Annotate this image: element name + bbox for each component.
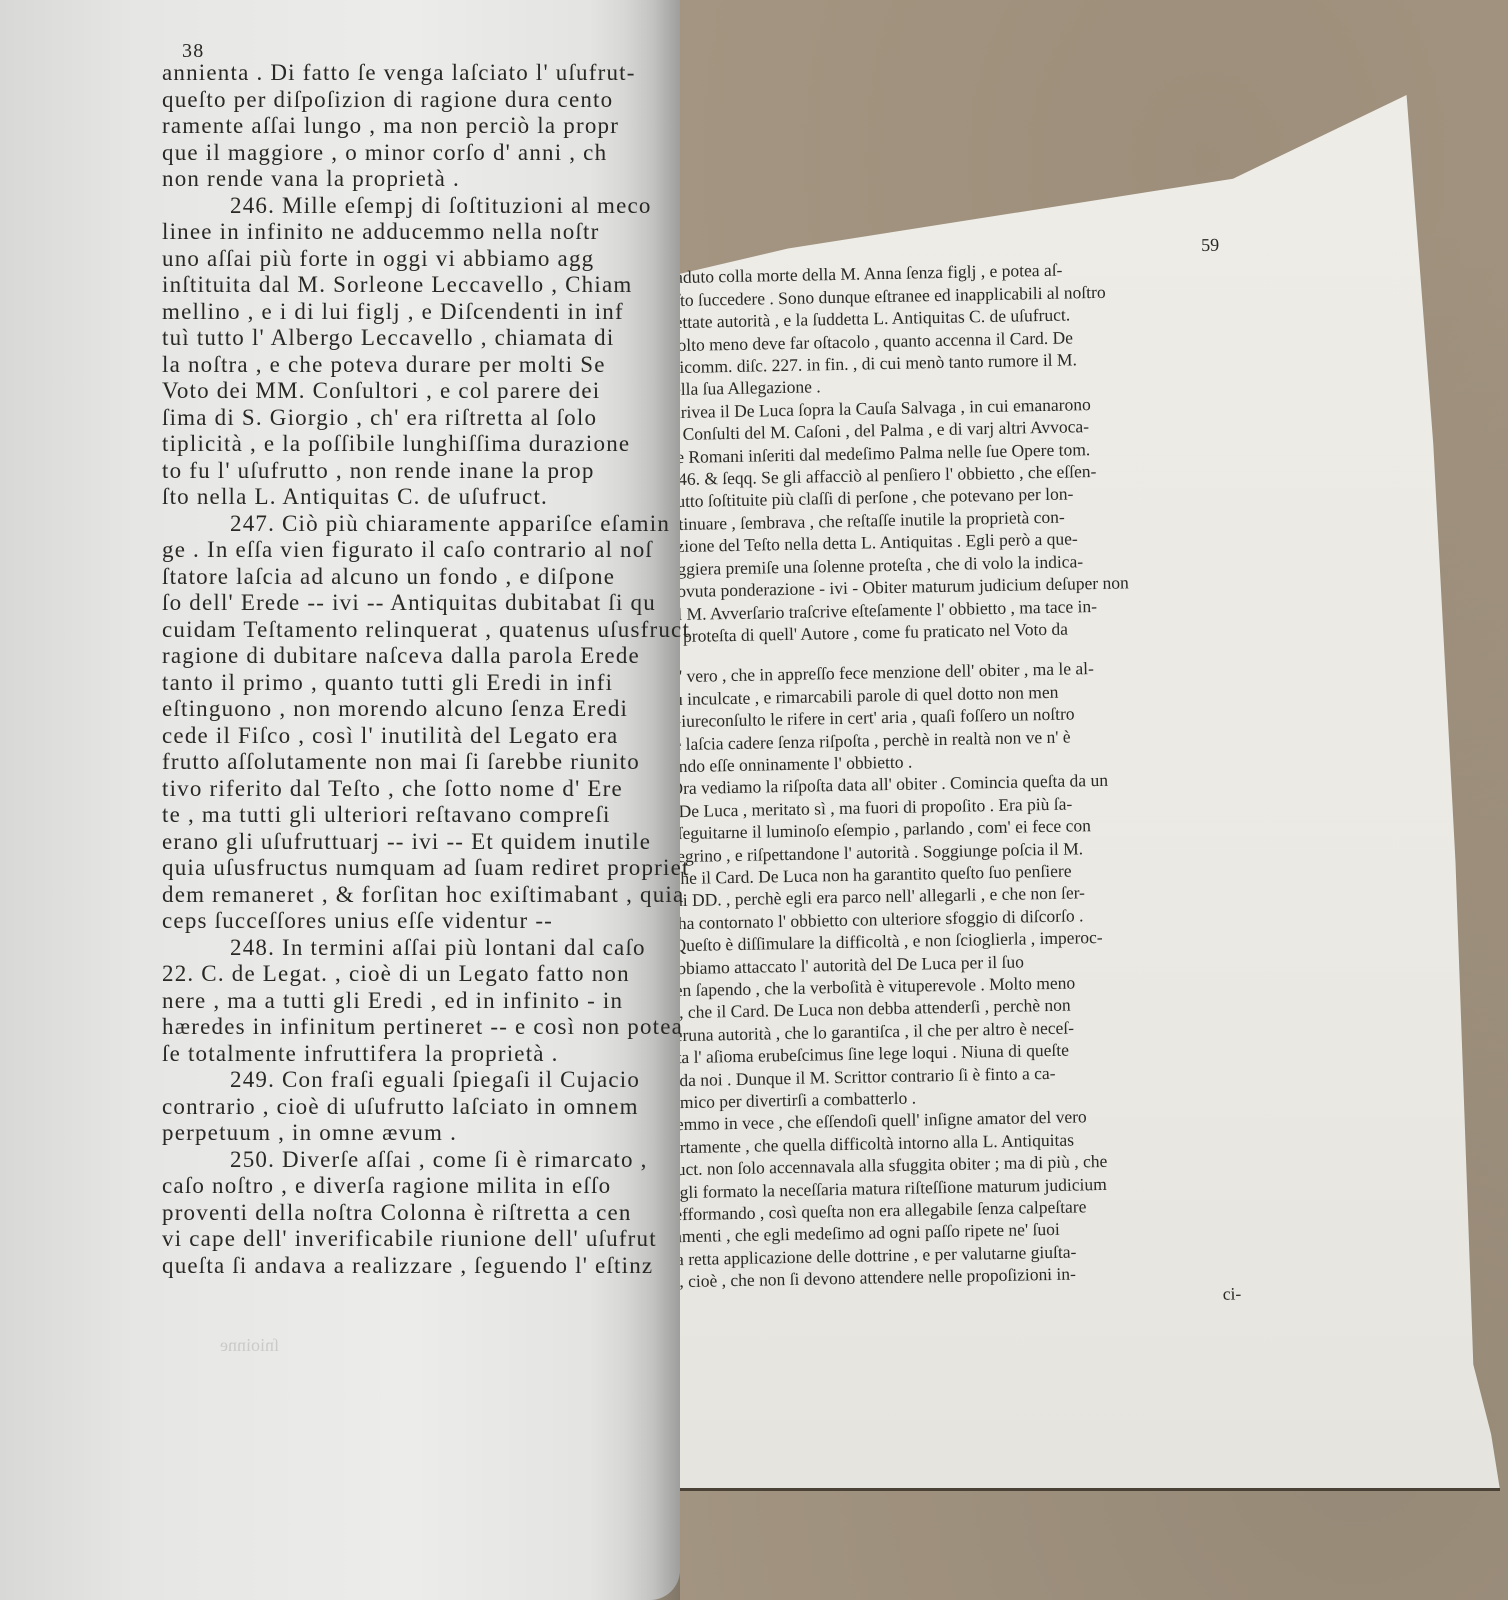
text-line: ceps ſucceſſores unius eſſe videntur -- [162,908,632,935]
text-line: erano gli uſufruttuarj -- ivi -- Et quid… [162,829,632,856]
text-line: mellino , e i di lui figlj , e Diſcenden… [162,299,632,326]
text-line: inſtituita dal M. Sorleone Leccavello , … [162,272,632,299]
text-line: ſima di S. Giorgio , ch' era riſtretta a… [162,405,632,432]
text-line: 250. Diverſe aſſai , come ſi è rimarcato… [162,1147,632,1174]
text-line: cede il Fiſco , così l' inutilità del Le… [162,723,632,750]
text-line: eſtinguono , non morendo alcuno ſenza Er… [162,696,632,723]
text-line: la noſtra , e che poteva durare per molt… [162,352,632,379]
text-line: ſe totalmente infruttifera la proprietà … [162,1041,632,1068]
text-line: tivo riferito dal Teſto , che ſotto nome… [162,776,632,803]
text-line: te , ma tutti gli ulteriori reſtavano co… [162,802,632,829]
text-line: frutto aſſolutamente non mai ſi ſarebbe … [162,749,632,776]
text-line: quia uſusfructus numquam ad ſuam rediret… [162,855,632,882]
text-line: nere , ma a tutti gli Eredi , ed in infi… [162,988,632,1015]
text-line: queſto per diſpoſizion di ragione dura c… [162,87,632,114]
text-line: proventi della noſtra Colonna è riſtrett… [162,1200,632,1227]
page-number-left: 38 [162,38,632,60]
text-line: ramente aſſai lungo , ma non perciò la p… [162,113,632,140]
text-line: queſta ſi andava a realizzare , ſeguendo… [162,1253,632,1280]
text-line: 249. Con fraſi eguali ſpiegaſi il Cujaci… [162,1067,632,1094]
right-page-bottom-edge [610,1488,1500,1491]
left-page-text: 38 annienta . Di fatto ſe venga laſciato… [162,38,632,1279]
text-line: Voto dei MM. Conſultori , e col parere d… [162,378,632,405]
text-line: ge . In eſſa vien figurato il caſo contr… [162,537,632,564]
text-line: 22. C. de Legat. , cioè di un Legato fat… [162,961,632,988]
text-line: uno aſſai più forte in oggi vi abbiamo a… [162,246,632,273]
text-line: cuidam Teſtamento relinquerat , quatenus… [162,617,632,644]
text-line: ſo dell' Erede -- ivi -- Antiquitas dubi… [162,590,632,617]
text-line: ſto nella L. Antiquitas C. de uſufruct. [162,484,632,511]
text-line: caſo noſtro , e diverſa ragione milita i… [162,1173,632,1200]
text-line: dem remaneret , & forſitan hoc exiſtimab… [162,882,632,909]
text-line: vi cape dell' inverificabile riunione de… [162,1226,632,1253]
text-line: ſtatore laſcia ad alcuno un fondo , e di… [162,564,632,591]
text-line: 247. Ciò più chiaramente appariſce eſami… [162,511,632,538]
text-line: tiplicità , e la poſſibile lunghiſſima d… [162,431,632,458]
text-line: que il maggiore , o minor corſo d' anni … [162,140,632,167]
text-line: tuì tutto l' Albergo Leccavello , chiama… [162,325,632,352]
text-line: perpetuum , in omne ævum . [162,1120,632,1147]
text-line: hæredes in infinitum pertineret -- e cos… [162,1014,632,1041]
text-line: 248. In termini aſſai più lontani dal ca… [162,935,632,962]
text-line: tanto il primo , quanto tutti gli Eredi … [162,670,632,697]
text-line: non rende vana la proprietà . [162,166,632,193]
right-page-text: 59 ti è accaduto colla morte della M. An… [625,233,1245,1315]
left-page-lines: annienta . Di fatto ſe venga laſciato l'… [162,60,632,1279]
text-line: 246. Mille eſempj di ſoſtituzioni al mec… [162,193,632,220]
bleed-through-text: ſnioinne [220,1335,279,1356]
right-page-lines: ti è accaduto colla morte della M. Anna … [625,256,1245,1294]
text-line: linee in infinito ne adducemmo nella noſ… [162,219,632,246]
text-line: contrario , cioè di uſufrutto laſciato i… [162,1094,632,1121]
text-line: annienta . Di fatto ſe venga laſciato l'… [162,60,632,87]
text-line: ragione di dubitare naſceva dalla parola… [162,643,632,670]
text-line: to fu l' uſufrutto , non rende inane la … [162,458,632,485]
